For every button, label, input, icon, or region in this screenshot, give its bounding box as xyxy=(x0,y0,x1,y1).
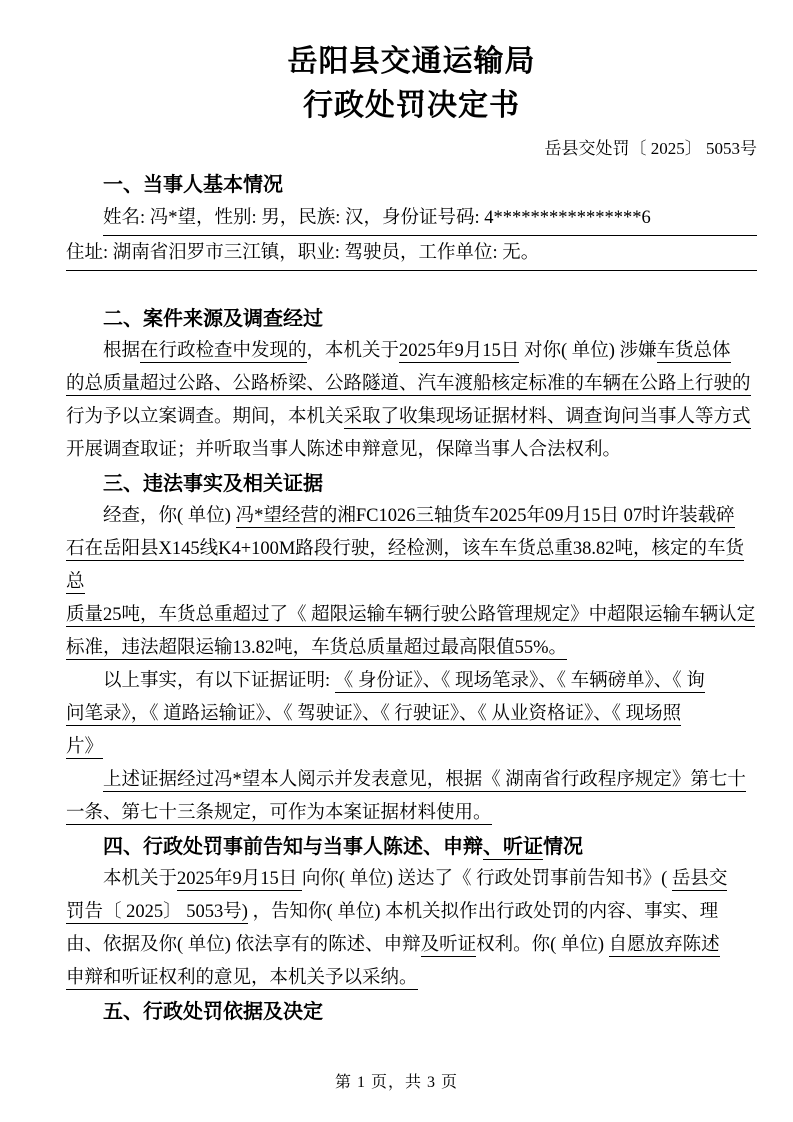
text-segment: 自愿放弃陈述 xyxy=(609,935,720,957)
document-number: 岳县交处罚〔 2025〕 5053号 xyxy=(66,134,757,164)
text-segment: 经查，你( 单位) xyxy=(103,506,236,526)
text-segment: 《 身份证》、《 现场笔录》、《 车辆磅单》、《 询 xyxy=(335,671,705,693)
document-title-line1: 岳阳县交通运输局 xyxy=(66,40,757,84)
text-segment: 一条、第七十三条规定，可作为本案证据材料使用。 xyxy=(66,803,492,825)
text-segment: 的总质量超过公路、公路桥梁、公路隧道、汽车渡船核定标准的车辆在公路上行驶的 xyxy=(66,374,751,396)
section4-line-2: 罚告〔 2025〕 5053号) ，告知你( 单位) 本机关拟作出行政处罚的内容… xyxy=(66,896,757,929)
text-segment: 冯*望经营的湘FC1026三轴货车2025年09月15日 07时许装载碎 xyxy=(236,506,735,528)
text-segment: ，本机关于 xyxy=(307,341,400,361)
party-name-line: 姓名: 冯*望，性别: 男，民族: 汉，身份证号码: 4************… xyxy=(103,201,757,236)
section3-line-7: 片》 xyxy=(66,731,757,764)
section3-line-5: 以上事实，有以下证据证明: 《 身份证》、《 现场笔录》、《 车辆磅单》、《 询 xyxy=(66,665,757,698)
text-segment: 罚告〔 2025〕 5053号) xyxy=(66,902,248,924)
text-segment: 向你( 单位) 送达了《 行政处罚事前告知书》( xyxy=(302,869,672,889)
section3-heading: 三、违法事实及相关证据 xyxy=(66,467,757,500)
section2-line-4: 开展调查取证；并听取当事人陈述申辩意见，保障当事人合法权利。 xyxy=(66,434,757,467)
party-address-line: 住址: 湖南省汨罗市三江镇，职业: 驾驶员，工作单位: 无。 xyxy=(66,236,757,271)
text-segment: 2025年9月15日 xyxy=(177,869,302,891)
text-segment: 情况 xyxy=(543,834,583,858)
section3-line-4: 标准，违法超限运输13.82吨，车货总质量超过最高限值55%。 xyxy=(66,632,757,665)
text-segment: 采取了收集现场证据材料、调查询问当事人等方式 xyxy=(344,407,751,429)
text-segment: 及听证 xyxy=(421,935,477,957)
section4-heading: 四、行政处罚事前告知与当事人陈述、申辩、听证情况 xyxy=(66,830,757,863)
section2-line-3: 行为予以立案调查。期间，本机关采取了收集现场证据材料、调查询问当事人等方式 xyxy=(66,401,757,434)
text-segment: 对你( 单位) 涉嫌 xyxy=(519,341,656,361)
section3-line-3: 质量25吨，车货总重超过了《 超限运输车辆行驶公路管理规定》中超限运输车辆认定 xyxy=(66,599,757,632)
section3-line-2: 石在岳阳县X145线K4+100M路段行驶，经检测，该车车货总重38.82吨，核… xyxy=(66,533,757,599)
text-segment: 在行政检查中发现的 xyxy=(140,341,307,363)
section1-heading: 一、当事人基本情况 xyxy=(66,168,757,201)
text-segment: 由、依据及你( 单位) 依法享有的陈述、申辩 xyxy=(66,935,421,955)
page-footer: 第 1 页，共 3 页 xyxy=(0,1069,793,1092)
text-segment: 标准，违法超限运输13.82吨，车货总质量超过最高限值55%。 xyxy=(66,638,567,660)
text-segment: 权利。你( 单位) xyxy=(476,935,609,955)
section4-line-1: 本机关于2025年9月15日 向你( 单位) 送达了《 行政处罚事前告知书》( … xyxy=(66,863,757,896)
text-segment: 、听证 xyxy=(483,834,543,860)
text-segment: 根据 xyxy=(103,341,140,361)
section5-heading: 五、行政处罚依据及决定 xyxy=(66,995,757,1028)
section2-heading: 二、案件来源及调查经过 xyxy=(66,302,757,335)
text-segment: 上述证据经过冯*望本人阅示并发表意见，根据《 湖南省行政程序规定》第七十 xyxy=(103,770,746,792)
text-segment: 石在岳阳县X145线K4+100M路段行驶，经检测，该车车货总重38.82吨，核… xyxy=(66,539,744,594)
section3-line-9: 一条、第七十三条规定，可作为本案证据材料使用。 xyxy=(66,797,757,830)
section3-line-1: 经查，你( 单位) 冯*望经营的湘FC1026三轴货车2025年09月15日 0… xyxy=(66,500,757,533)
text-segment: 片》 xyxy=(66,737,103,759)
text-segment: 开展调查取证；并听取当事人陈述申辩意见，保障当事人合法权利。 xyxy=(66,440,621,460)
text-segment: ，告知你( 单位) 本机关拟作出行政处罚的内容、事实、理 xyxy=(248,902,718,922)
text-segment: 问笔录》，《 道路运输证》、《 驾驶证》、《 行驶证》、《 从业资格证》、《 现… xyxy=(66,704,681,726)
section4-line-4: 申辩和听证权利的意见，本机关予以采纳。 xyxy=(66,962,757,995)
text-segment: 2025年9月15日 xyxy=(399,341,519,363)
text-segment: 四、行政处罚事前告知与当事人陈述、申辩 xyxy=(103,834,483,858)
document-title-line2: 行政处罚决定书 xyxy=(66,84,757,128)
text-segment: 岳县交 xyxy=(672,869,728,891)
document-page: 岳阳县交通运输局 行政处罚决定书 岳县交处罚〔 2025〕 5053号 一、当事… xyxy=(0,0,793,1122)
text-segment: 车货总体 xyxy=(657,341,731,363)
text-segment: 本机关于 xyxy=(103,869,177,889)
section2-line-1: 根据在行政检查中发现的，本机关于2025年9月15日 对你( 单位) 涉嫌车货总… xyxy=(66,335,757,368)
section4-line-3: 由、依据及你( 单位) 依法享有的陈述、申辩及听证权利。你( 单位) 自愿放弃陈… xyxy=(66,929,757,962)
section2-line-2: 的总质量超过公路、公路桥梁、公路隧道、汽车渡船核定标准的车辆在公路上行驶的 xyxy=(66,368,757,401)
section3-line-6: 问笔录》，《 道路运输证》、《 驾驶证》、《 行驶证》、《 从业资格证》、《 现… xyxy=(66,698,757,731)
section3-line-8: 上述证据经过冯*望本人阅示并发表意见，根据《 湖南省行政程序规定》第七十 xyxy=(66,764,757,797)
text-segment: 行为予以立案调查。期间，本机关 xyxy=(66,407,344,427)
text-segment: 质量25吨，车货总重超过了《 超限运输车辆行驶公路管理规定》中超限运输车辆认定 xyxy=(66,605,755,627)
text-segment: 以上事实，有以下证据证明: xyxy=(103,671,335,691)
text-segment: 申辩和听证权利的意见，本机关予以采纳。 xyxy=(66,968,418,990)
